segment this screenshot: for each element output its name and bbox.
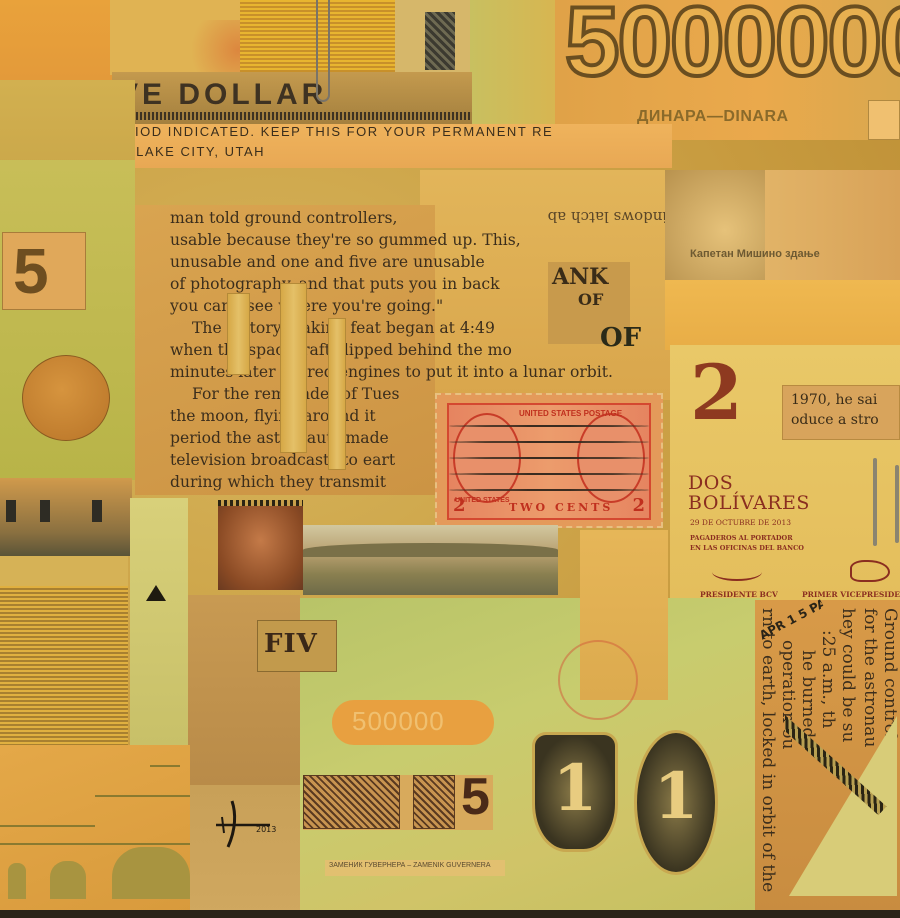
castle-window	[50, 861, 86, 899]
zamenik-text: ЗАМЕНИК ГУВЕРНЕРА – ZAMENIK GUVERNERA	[329, 862, 491, 869]
window	[40, 500, 50, 522]
pin-icon	[873, 458, 877, 546]
window	[6, 500, 16, 522]
castle-arcade	[112, 847, 190, 899]
pill-value: 500000	[352, 706, 445, 737]
window	[92, 500, 102, 522]
castle-window	[8, 863, 26, 899]
k5-banknote-fragment: 5	[303, 775, 493, 830]
collage-canvas: 5000000 ДИНАРА—DINARA VE DOLLAR ERIOD IN…	[0, 0, 900, 918]
dinara-banknote: 5000000 ДИНАРА—DINARA	[555, 0, 900, 140]
stamp-value-text: TWO CENTS	[509, 501, 613, 514]
stamp-denomination: 2	[453, 495, 466, 516]
paper-tab	[227, 293, 250, 375]
castle-line	[0, 843, 190, 845]
artist-signature-icon	[212, 799, 272, 849]
paperclip-icon	[316, 0, 330, 102]
building-engraving	[0, 478, 132, 556]
castle-line	[150, 765, 180, 767]
receipt-line-2: LT LAKE CITY, UTAH	[114, 144, 265, 159]
zamenik-label-strip: ЗАМЕНИК ГУВЕРНЕРА – ZAMENIK GUVERNERA	[325, 860, 505, 876]
payable-line-1: PAGADEROS AL PORTADOR	[690, 533, 804, 543]
tan-paper-bar	[0, 556, 128, 586]
paper-tab	[280, 283, 307, 453]
gold-striped-paper	[0, 586, 128, 746]
diagonal-banknote-cutout	[785, 676, 900, 916]
clipping-1970: 1970, he sai oduce a stro	[782, 385, 900, 440]
paper-tab	[328, 318, 346, 470]
clipping-line: 1970, he sai	[791, 390, 879, 410]
dollar-band-text: VE DOLLAR	[118, 78, 327, 112]
pin-icon	[895, 465, 899, 543]
red-postmark	[558, 640, 638, 720]
pale-green-strip	[130, 498, 188, 748]
k5-five: 5	[461, 775, 490, 823]
dollar-banknote-band: VE DOLLAR	[112, 72, 472, 124]
payable-line-2: EN LAS OFICINAS DEL BANCO	[690, 543, 804, 553]
bolivar-date: 29 DE OCTUBRE DE 2013	[690, 518, 791, 527]
bolivar-name: DOS BOLÍVARES	[688, 473, 810, 513]
dollar-one-shield: 1	[532, 732, 618, 852]
bolivar-name-line-1: DOS	[688, 473, 810, 493]
value-pill-cutout: 500000	[332, 700, 494, 745]
news-line: usable because they're so gummed up. Thi…	[170, 229, 690, 251]
five-glyph: 5	[13, 239, 49, 303]
cancel-line	[449, 425, 649, 427]
stamp-frame: UNITED STATES POSTAGE UNITED STATES 2 2 …	[447, 403, 651, 520]
fiv-banknote-fragment: FIV	[257, 620, 337, 672]
cancel-line	[449, 441, 649, 443]
of-text: OF	[578, 290, 603, 309]
five-banknote-tile: 5	[2, 232, 86, 310]
clipping-line: oduce a stro	[791, 410, 879, 430]
postage-stamp: UNITED STATES POSTAGE UNITED STATES 2 2 …	[435, 393, 663, 528]
news-line: man told ground controllers,	[170, 207, 690, 229]
signature-mark	[712, 563, 762, 581]
bolivar-numeral: 2	[690, 355, 743, 431]
bank-text: ANK	[552, 264, 608, 290]
bolivar-name-line-2: BOLÍVARES	[688, 493, 810, 513]
one-numeral: 1	[637, 765, 715, 829]
cancel-line	[449, 457, 649, 459]
receipt-line-1: ERIOD INDICATED. KEEP THIS FOR YOUR PERM…	[114, 124, 553, 139]
note-frame-corner	[868, 100, 900, 140]
engraved-face	[665, 170, 765, 280]
castle-line	[95, 795, 190, 797]
dollar-one-oval: 1	[634, 730, 718, 875]
wooden-disc	[22, 355, 110, 441]
one-numeral: 1	[535, 757, 615, 821]
portrait-banknote-strip: Капетан Мишино здање	[665, 170, 900, 280]
receipt-strip: ERIOD INDICATED. KEEP THIS FOR YOUR PERM…	[112, 124, 672, 168]
lace-ribbon	[425, 12, 455, 70]
landscape-photo	[303, 525, 558, 595]
engraved-rule	[112, 112, 472, 120]
stamp-header: UNITED STATES POSTAGE	[519, 409, 622, 418]
castle-engraving	[0, 785, 190, 905]
signature-panel: 2013	[190, 785, 300, 918]
bolivar-banknote: 2 DOS BOLÍVARES 29 DE OCTUBRE DE 2013 PA…	[670, 345, 900, 603]
canvas-edge	[0, 910, 900, 918]
tree-line	[303, 543, 558, 557]
amber-paper-band	[665, 280, 900, 350]
cancel-line	[449, 489, 649, 491]
dinara-value: 5000000	[565, 0, 900, 90]
woman-portrait-photo	[218, 500, 303, 590]
pattern-tile	[413, 775, 455, 829]
of-overlay-text: OF	[600, 325, 650, 355]
fiv-text: FIV	[264, 629, 318, 659]
clipping-1970-text: 1970, he sai oduce a stro	[791, 390, 879, 430]
cyrillic-caption: Капетан Мишино здање	[690, 248, 820, 260]
triangle-icon	[146, 585, 166, 601]
zigzag-border	[218, 500, 303, 506]
castle-banknote	[0, 745, 190, 918]
signature-year: 2013	[256, 825, 276, 834]
orange-paper-scrap	[0, 0, 120, 80]
bolivar-payable: PAGADEROS AL PORTADOR EN LAS OFICINAS DE…	[690, 533, 804, 553]
cancel-line	[449, 473, 649, 475]
lace-pattern-scrap	[395, 0, 470, 75]
pattern-tile	[303, 775, 400, 829]
signature-mark	[850, 560, 890, 582]
castle-line	[0, 825, 95, 827]
stamp-denomination: 2	[632, 495, 645, 516]
